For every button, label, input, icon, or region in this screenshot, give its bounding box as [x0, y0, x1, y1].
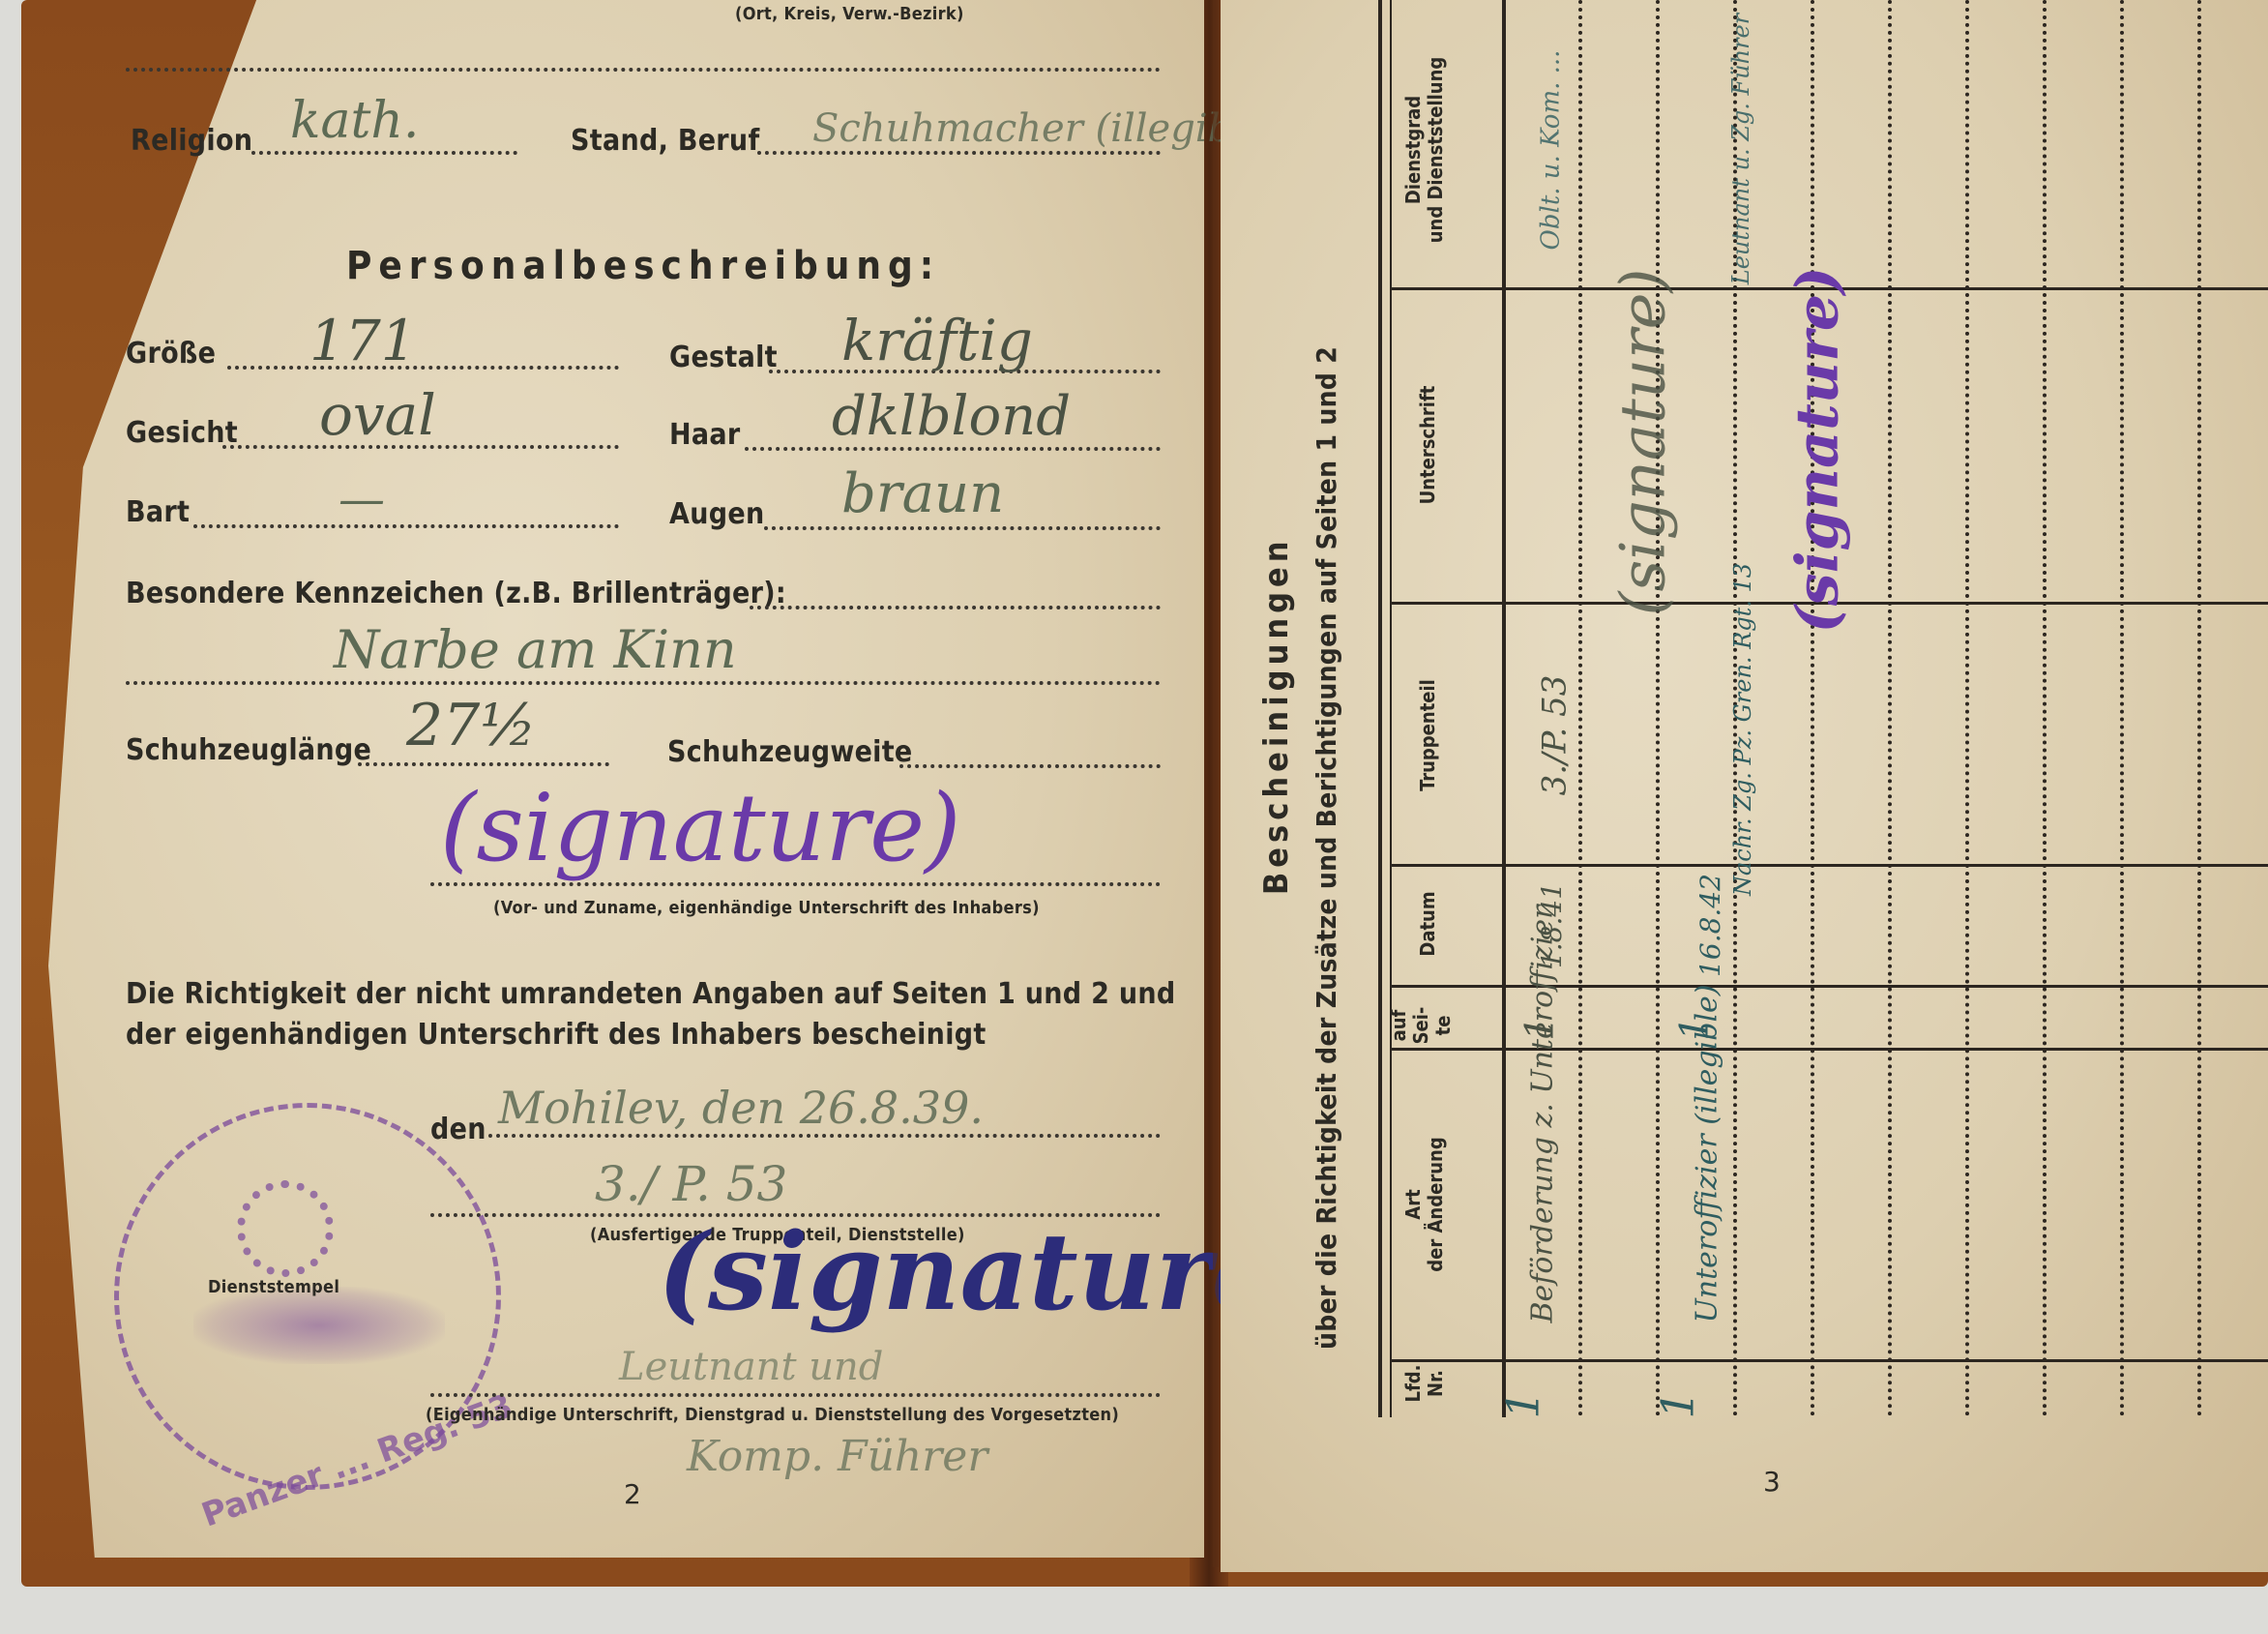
schuhzeuglaenge-label: Schuhzeuglänge: [126, 733, 371, 767]
row1-art[interactable]: Beförderung z. Unteroffizier: [1526, 1082, 1560, 1323]
stand-beruf-label: Stand, Beruf: [571, 124, 759, 158]
column-divider: [1390, 1048, 2268, 1051]
certification-line-2: der eigenhändigen Unterschrift des Inhab…: [126, 1018, 987, 1052]
superior-signature-line: [430, 1393, 1161, 1397]
bart-label: Bart: [126, 495, 190, 529]
row2-truppenteil[interactable]: Nachr. Zg. Pz. Gren. Rgt. 13: [1729, 563, 1756, 896]
superior-signature-caption: (Eigenhändige Unterschrift, Dienstgrad u…: [426, 1405, 1119, 1425]
header-auf-seite: auf Sei- te: [1388, 992, 1465, 1059]
header-lfd-nr: Lfd. Nr.: [1402, 1311, 1460, 1456]
row2-datum[interactable]: 16.8.42: [1694, 874, 1726, 977]
gesicht-value[interactable]: oval: [319, 382, 436, 448]
gesicht-label: Gesicht: [126, 416, 238, 450]
section-title: Personalbeschreibung:: [346, 244, 940, 288]
header-unterschrift: Unterschrift: [1417, 363, 1446, 527]
row-divider: [2120, 0, 2124, 1417]
column-divider: [1390, 864, 2268, 867]
row2-nr[interactable]: 1: [1652, 1390, 1704, 1418]
row-divider: [2197, 0, 2201, 1417]
religion-value[interactable]: kath.: [290, 92, 419, 150]
row2-art[interactable]: Unteroffizier (illegible): [1691, 1082, 1724, 1323]
certification-line-1: Die Richtigkeit der nicht umrandeten Ang…: [126, 977, 1176, 1011]
row1-dienstgrad[interactable]: Oblt. u. Kom. ...: [1536, 50, 1565, 251]
column-divider: [1390, 985, 2268, 988]
augen-line: [764, 526, 1161, 530]
besondere-label: Besondere Kennzeichen (z.B. Brillenträge…: [126, 577, 786, 610]
besondere-value[interactable]: Narbe am Kinn: [334, 619, 737, 680]
stamp-label: Dienststempel: [208, 1277, 339, 1297]
table-outer-border: [1378, 0, 1382, 1417]
haar-value[interactable]: dklblond: [832, 385, 1071, 448]
certifications-subtitle: über die Richtigkeit der Zusätze und Ber…: [1311, 346, 1342, 1350]
row1-truppenteil[interactable]: 3./P. 53: [1535, 675, 1574, 796]
table-inner-border: [1390, 0, 1392, 1417]
place-caption: (Ort, Kreis, Verw.-Bezirk): [735, 4, 964, 24]
den-label: den: [430, 1113, 486, 1146]
schuhzeugweite-line: [899, 764, 1161, 768]
besondere-line-1: [750, 606, 1161, 609]
schuhzeugweite-label: Schuhzeugweite: [667, 735, 913, 769]
schuhzeuglaenge-line: [358, 762, 609, 766]
column-divider: [1390, 1359, 2268, 1362]
header-divider: [1502, 0, 1506, 1417]
religion-line: [251, 151, 517, 155]
row-divider: [2043, 0, 2047, 1417]
stamp-wreath-icon: [237, 1180, 334, 1277]
row-divider: [1965, 0, 1969, 1417]
certifications-title: Bescheinigungen: [1257, 536, 1296, 895]
den-line: [488, 1134, 1161, 1138]
stand-beruf-line: [757, 151, 1161, 155]
gestalt-label: Gestalt: [669, 341, 778, 374]
schuhzeuglaenge-value[interactable]: 27½: [406, 692, 537, 759]
page-number-right: 3: [1763, 1466, 1781, 1498]
row2-unterschrift[interactable]: (signature): [1783, 267, 1851, 634]
bart-line: [193, 524, 619, 528]
stamp-eagle-icon: [193, 1287, 445, 1364]
row1-nr[interactable]: 1: [1497, 1390, 1549, 1418]
groesse-label: Größe: [126, 337, 216, 371]
holder-signature-line: [430, 882, 1161, 886]
row1-datum[interactable]: 1.8.41: [1536, 882, 1568, 968]
center-fold: [1213, 0, 1219, 1567]
row2-seite[interactable]: 1: [1673, 1016, 1718, 1040]
place-dotted-line: [126, 68, 1161, 72]
row1-unterschrift[interactable]: (signature): [1608, 269, 1680, 616]
religion-label: Religion: [131, 124, 252, 158]
augen-label: Augen: [669, 497, 764, 531]
den-value[interactable]: Mohilev, den 26.8.39.: [498, 1082, 984, 1134]
besondere-line-2: [126, 681, 1161, 685]
holder-signature-caption: (Vor- und Zuname, eigenhändige Unterschr…: [493, 898, 1040, 918]
augen-value[interactable]: braun: [841, 462, 1004, 525]
row-divider: [1656, 0, 1660, 1417]
truppenteil-value[interactable]: 3./ P. 53: [595, 1156, 787, 1212]
row-divider: [1578, 0, 1582, 1417]
bart-value[interactable]: —: [339, 472, 385, 526]
header-dienstgrad: Dienstgrad und Dienststellung: [1402, 34, 1460, 266]
row2-dienstgrad[interactable]: Leutnant u. Zg. Führer: [1727, 14, 1754, 284]
gestalt-value[interactable]: kräftig: [841, 308, 1033, 373]
haar-label: Haar: [669, 418, 741, 452]
row-divider: [1811, 0, 1814, 1417]
header-datum: Datum: [1417, 871, 1446, 977]
superior-rank[interactable]: Leutnant und: [619, 1345, 883, 1389]
groesse-value[interactable]: 171: [309, 308, 417, 373]
row1-seite[interactable]: 1: [1518, 1016, 1563, 1040]
holder-signature[interactable]: (signature): [440, 774, 961, 882]
page-number-left: 2: [624, 1478, 641, 1510]
header-art-der-aenderung: Art der Änderung: [1402, 1079, 1460, 1330]
row-divider: [1888, 0, 1892, 1417]
superior-position[interactable]: Komp. Führer: [687, 1432, 987, 1481]
header-truppenteil: Truppenteil: [1417, 658, 1446, 813]
groesse-line: [227, 366, 619, 370]
